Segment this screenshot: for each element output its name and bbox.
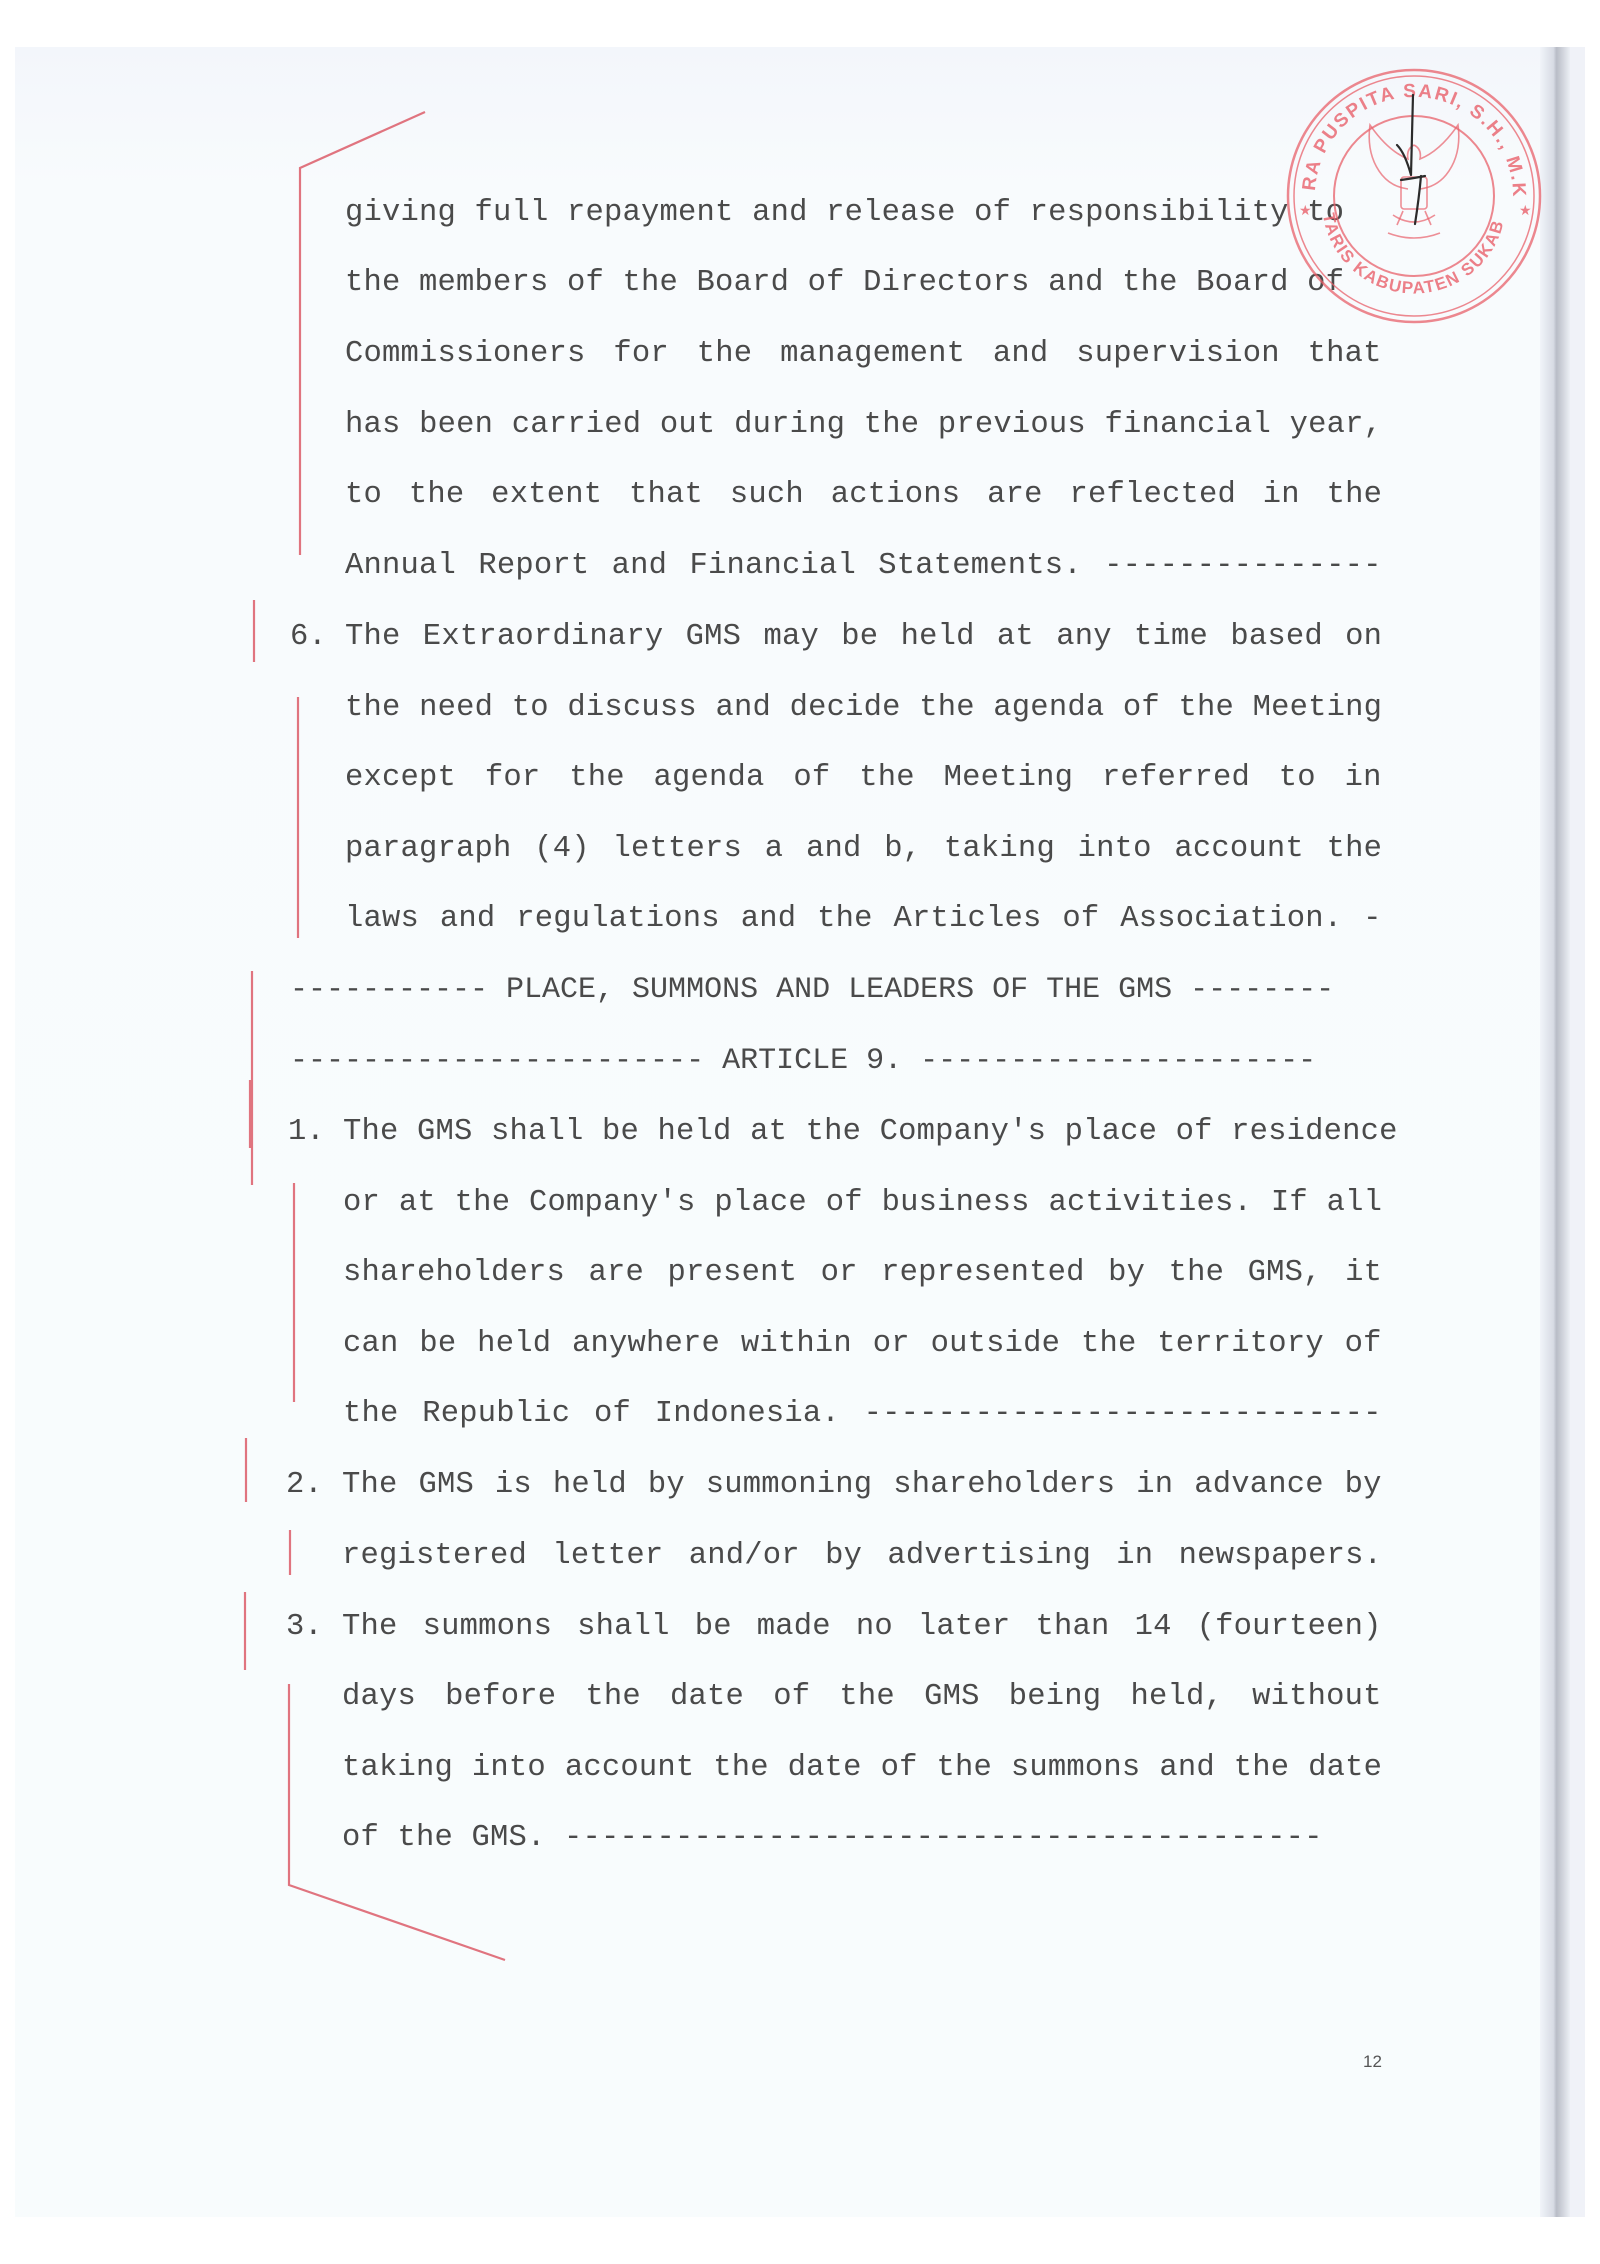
text-line: can be held anywhere within or outside t… [343, 1327, 1382, 1361]
page-number: 12 [1363, 2052, 1382, 2072]
text-line: giving full repayment and release of res… [345, 196, 1385, 230]
item-number: 6. [290, 620, 327, 654]
text-line: laws and regulations and the Articles of… [345, 902, 1382, 936]
text-line: The GMS shall be held at the Company's p… [343, 1115, 1398, 1149]
text-line: The GMS is held by summoning shareholder… [342, 1468, 1382, 1502]
text-line: Annual Report and Financial Statements. … [345, 549, 1382, 583]
notary-stamp: FERA PUSPITA SARI, S.H., M.Kn. NOTARIS K… [1283, 65, 1545, 327]
text-line: except for the agenda of the Meeting ref… [345, 761, 1382, 795]
text-line: taking into account the date of the summ… [342, 1751, 1382, 1785]
item-number: 1. [288, 1115, 325, 1149]
text-line: to the extent that such actions are refl… [345, 478, 1382, 512]
item-number: 2. [286, 1468, 323, 1502]
text-line: or at the Company's place of business ac… [343, 1186, 1382, 1220]
text-line: has been carried out during the previous… [345, 408, 1382, 442]
text-line: of the GMS. ----------------------------… [342, 1821, 1323, 1855]
text-line: the need to discuss and decide the agend… [345, 691, 1382, 725]
text-line: registered letter and/or by advertising … [342, 1539, 1382, 1573]
text-line: days before the date of the GMS being he… [342, 1680, 1382, 1714]
text-line: the Republic of Indonesia. -------------… [343, 1397, 1382, 1431]
text-line: The summons shall be made no later than … [342, 1610, 1382, 1644]
article-heading: ----------------------- ARTICLE 9. -----… [290, 1044, 1316, 1078]
text-line: the members of the Board of Directors an… [345, 266, 1385, 300]
text-line: paragraph (4) letters a and b, taking in… [345, 832, 1382, 866]
section-heading: ----------- PLACE, SUMMONS AND LEADERS O… [290, 973, 1334, 1007]
text-line: The Extraordinary GMS may be held at any… [345, 620, 1382, 654]
item-number: 3. [286, 1610, 323, 1644]
svg-text:★: ★ [1519, 203, 1532, 219]
text-line: Commissioners for the management and sup… [345, 337, 1382, 371]
text-line: shareholders are present or represented … [343, 1256, 1382, 1290]
svg-text:★: ★ [1299, 203, 1312, 219]
garuda-emblem-icon [1369, 125, 1459, 238]
